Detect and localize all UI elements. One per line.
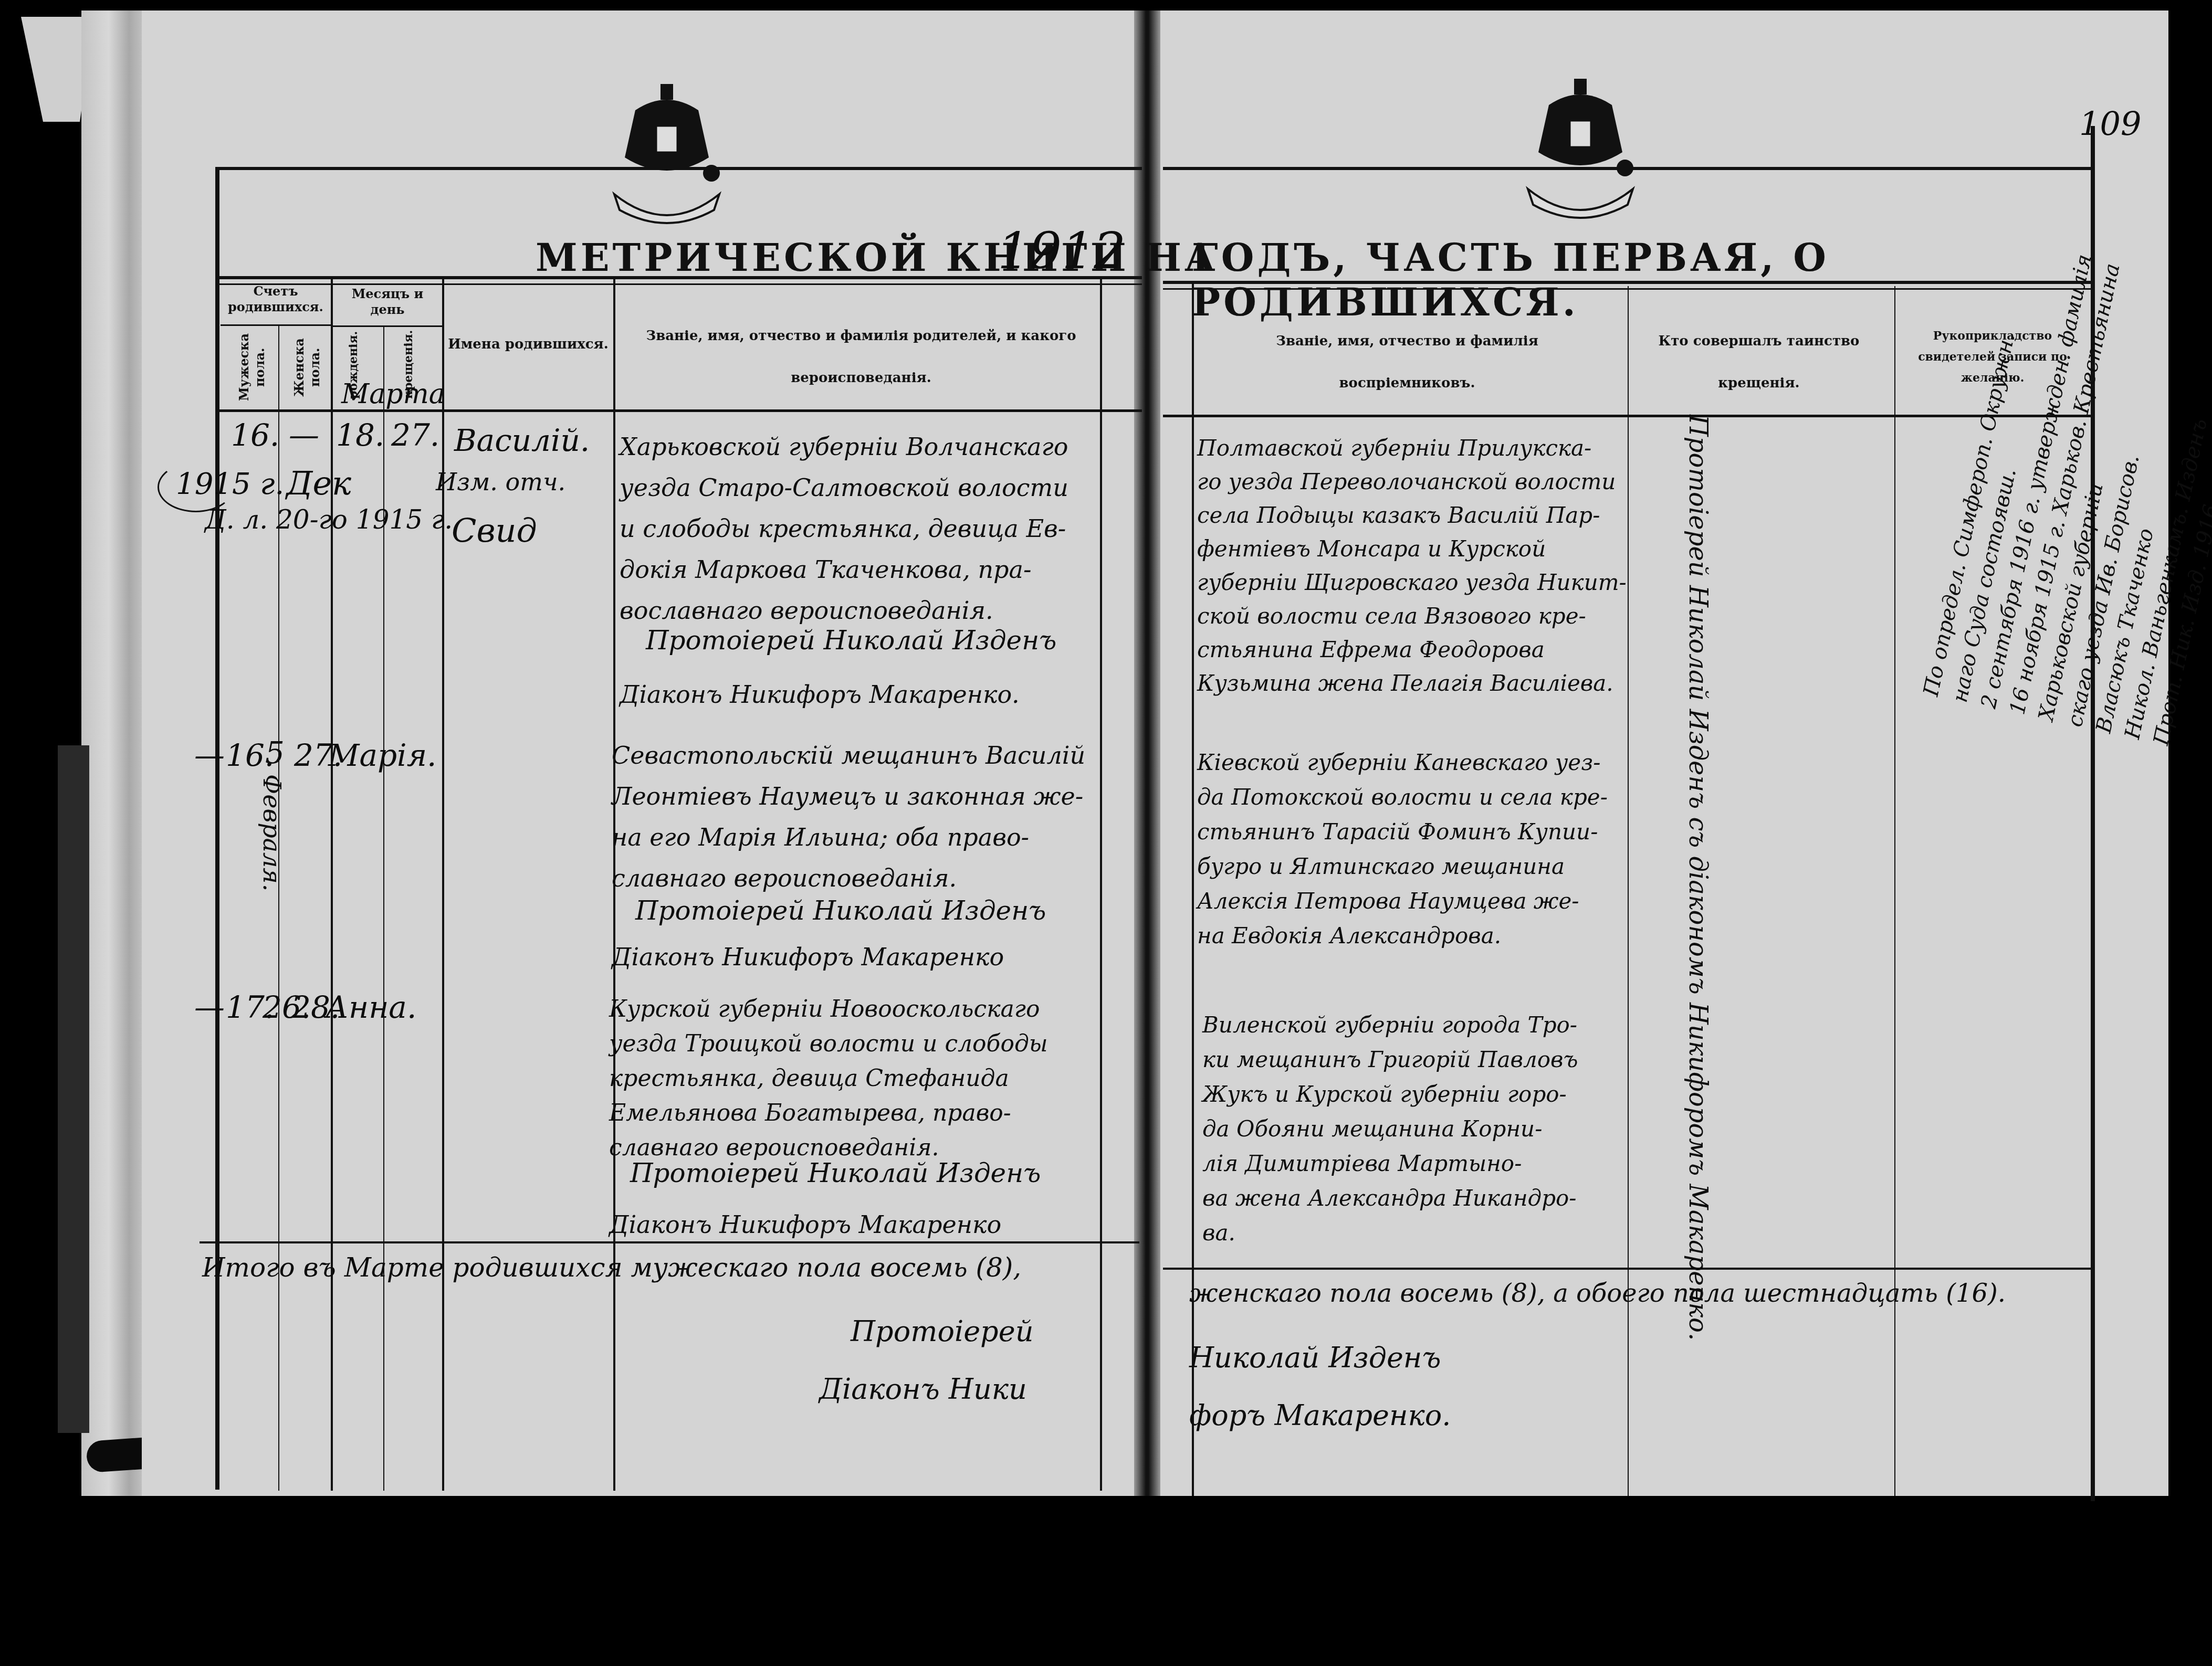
header-parents: Званіе, имя, отчество и фамилія родителе… [630,315,1092,399]
record-2-male-no: — [194,740,225,771]
col-divider-godparents-priest [1628,286,1629,1496]
record-1-parents: Харьковской губерніи Волчанскаго уезда С… [620,426,1068,631]
col-divider-godparents-start [1192,283,1194,1496]
header-date-group: Месяцъ и день [333,286,442,318]
record-1-baptism-day: 27. [391,420,439,450]
header-priest: Кто совершалъ таинство крещенія. [1633,320,1885,404]
record-2-signature-deacon: Діаконъ Никифоръ Макаренко [612,945,1004,969]
record-2-birth-day: 5 [265,737,285,768]
record-3-male-no: — [194,992,225,1022]
frame-top-left [218,167,1142,170]
record-2-godparents: Кіевской губерніи Каневскаго уез- да Пот… [1197,745,1608,953]
summary-sign-right-2: форъ Макаренко. [1189,1401,1451,1430]
priest-column-text: Протоіерей Николай Изденъ съ діакономъ Н… [1685,415,1711,1341]
book-binding-shadow [58,745,89,1433]
margin-annotation: По определ. Симфероп. Окружн. наго Суда … [1906,126,2126,703]
header-subline-count [221,324,331,326]
record-3-parents: Курской губерніи Новооскольскаго уезда Т… [609,992,1048,1165]
title-year: 1912 [998,226,1126,276]
record-1-margin-note-month: Дек [286,467,351,500]
record-1-margin-note-date: Д. л. 20-го 1915 г. [205,507,453,533]
record-2-signature-priest: Протоіерей Николай Изденъ [635,898,1046,924]
imperial-eagle-emblem-left [604,79,730,226]
title-underline-left-2 [218,283,1142,285]
record-2-name: Марія. [328,740,436,771]
col-divider-date-names [442,278,444,1491]
record-1-birth-day: 18. [336,420,384,450]
record-1-male-no: 16. [231,420,279,450]
record-1-signature-priest: Протоіерей Николай Изденъ [646,627,1056,653]
page-stack-edge [81,10,150,1496]
imperial-eagle-emblem-right [1517,73,1643,220]
summary-sign-left-2: Діаконъ Ники [819,1375,1027,1404]
month-note: Марта [341,381,445,408]
book-gutter [1134,10,1160,1496]
title-underline-left [218,276,1142,279]
record-2-birth-month: Февраля. [260,774,284,891]
summary-right-line: женскаго пола восемь (8), а обоего пола … [1189,1281,2006,1306]
record-2-parents: Севастопольскій мещанинъ Василій Леонтіе… [612,735,1085,899]
record-1-female-no: — [289,420,319,450]
col-divider-birth-baptism [383,325,384,1491]
record-1-signature-deacon: Діаконъ Никифоръ Макаренко. [620,682,1020,707]
summary-line-left [200,1241,1139,1243]
summary-sign-left-1: Протоіерей [851,1317,1033,1346]
record-1-name: Василій. [454,425,590,456]
record-1-name-note: Изм. отч. [436,470,565,494]
header-names: Имена родившихся. [444,336,612,353]
header-count-group: Счетъ родившихся. [221,283,331,315]
summary-sign-right-1: Николай Изденъ [1189,1344,1441,1372]
summary-left-line: Итого въ Марте родившихся мужескаго пола… [202,1254,1021,1281]
record-3-godparents: Виленской губерніи города Тро- ки мещани… [1202,1008,1578,1250]
record-3-signature-deacon: Діаконъ Никифоръ Макаренко [609,1212,1001,1237]
header-count-male: Мужеска пола. [236,331,268,404]
header-subline-date [333,325,442,327]
record-3-name: Анна. [326,992,416,1022]
frame-left-border [215,167,219,1490]
record-3-signature-priest: Протоіерей Николай Изденъ [630,1160,1041,1186]
header-godparents: Званіе, имя, отчество и фамилія воспріем… [1223,320,1591,404]
col-divider-parents-end [1100,278,1102,1491]
col-divider-count-date [331,278,333,1491]
header-count-female: Женска пола. [291,331,323,404]
record-1-godparents: Полтавской губерніи Прилукска- го уезда … [1197,431,1627,700]
col-divider-priest-signatures [1894,286,1895,1496]
record-1-margin-note-sign: Свид [452,514,537,547]
